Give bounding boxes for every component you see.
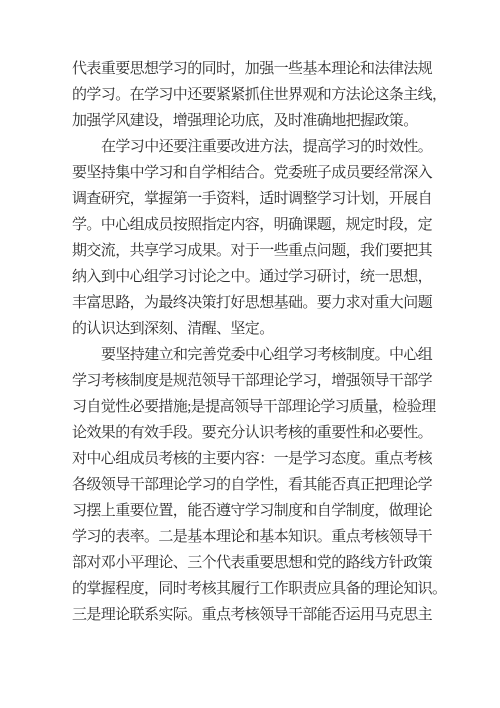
text-line: 论效果的有效手段。要充分认识考核的重要性和必要性。: [72, 420, 436, 446]
text-block: 代表重要思想学习的同时，加强一些基本理论和法律法规的学习。在学习中还要紧紧抓住世…: [72, 56, 436, 628]
text-line: 丰富思路，为最终决策打好思想基础。要力求对重大问题: [72, 290, 436, 316]
text-line: 的学习。在学习中还要紧紧抓住世界观和方法论这条主线，: [72, 82, 436, 108]
text-line: 纳入到中心组学习讨论之中。通过学习研讨，统一思想，: [72, 264, 436, 290]
text-line: 学习考核制度是规范领导干部理论学习，增强领导干部学: [72, 368, 436, 394]
text-line: 三是理论联系实际。重点考核领导干部能否运用马克思主: [72, 602, 436, 628]
text-line: 习自觉性必要措施;是提高领导干部理论学习质量，检验理: [72, 394, 436, 420]
text-line: 学习的表率。二是基本理论和基本知识。重点考核领导干: [72, 524, 436, 550]
text-line: 的认识达到深刻、清醒、坚定。: [72, 316, 436, 342]
text-line: 调查研究，掌握第一手资料，适时调整学习计划，开展自: [72, 186, 436, 212]
text-line: 对中心组成员考核的主要内容：一是学习态度。重点考核: [72, 446, 436, 472]
text-line: 要坚持建立和完善党委中心组学习考核制度。中心组: [72, 342, 436, 368]
text-line: 要坚持集中学习和自学相结合。党委班子成员要经常深入: [72, 160, 436, 186]
text-line: 期交流，共享学习成果。对于一些重点问题，我们要把其: [72, 238, 436, 264]
text-line: 学。中心组成员按照指定内容，明确课题，规定时段，定: [72, 212, 436, 238]
text-line: 加强学风建设，增强理论功底，及时准确地把握政策。: [72, 108, 436, 134]
text-line: 代表重要思想学习的同时，加强一些基本理论和法律法规: [72, 56, 436, 82]
text-line: 习摆上重要位置，能否遵守学习制度和自学制度，做理论: [72, 498, 436, 524]
text-line: 各级领导干部理论学习的自学性，看其能否真正把理论学: [72, 472, 436, 498]
text-line: 的掌握程度，同时考核其履行工作职责应具备的理论知识。: [72, 576, 436, 602]
document-page: 代表重要思想学习的同时，加强一些基本理论和法律法规的学习。在学习中还要紧紧抓住世…: [0, 0, 500, 708]
text-line: 在学习中还要注重要改进方法，提高学习的时效性。: [72, 134, 436, 160]
text-line: 部对邓小平理论、三个代表重要思想和党的路线方针政策: [72, 550, 436, 576]
